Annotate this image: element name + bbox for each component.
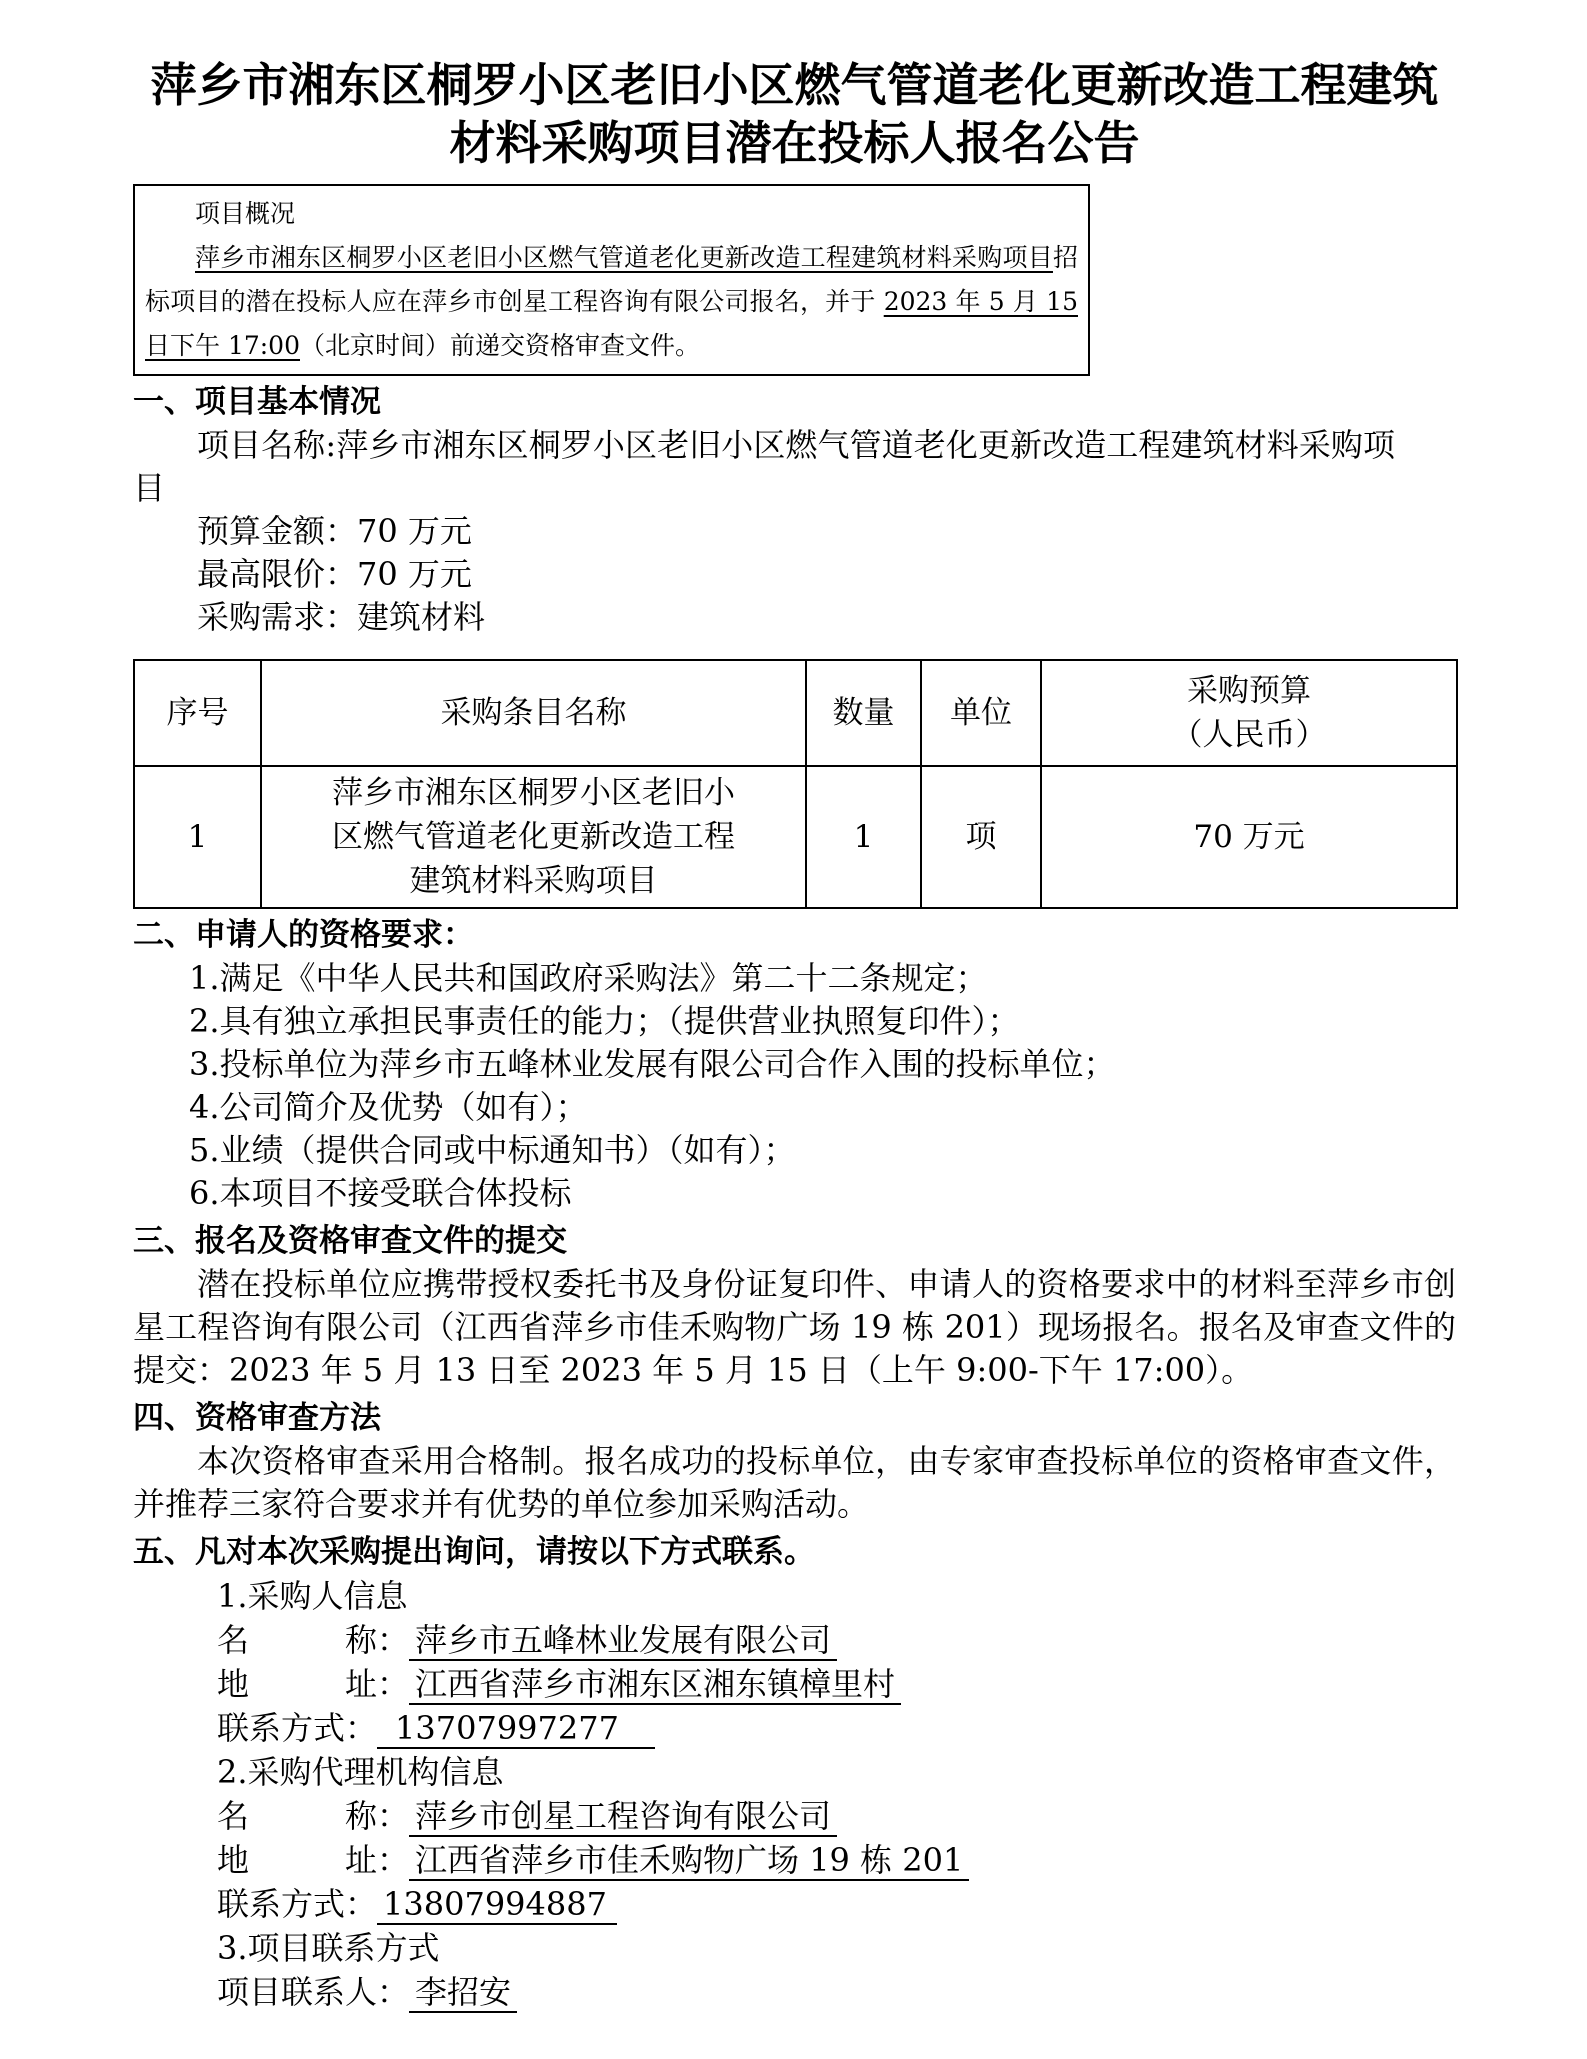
section-3-heading: 三、报名及资格审查文件的提交 xyxy=(133,1219,1456,1263)
purchaser-phone-value: 13707997277 xyxy=(377,1709,655,1749)
field-label: 地 址： xyxy=(217,1841,409,1879)
unit-cell: 项 xyxy=(921,766,1041,908)
demand-line: 采购需求：建筑材料 xyxy=(133,596,1456,639)
section-3-body: 潜在投标单位应携带授权委托书及身份证复印件、申请人的资格要求中的材料至萍乡市创星… xyxy=(133,1263,1456,1392)
project-contact-person-value: 李招安 xyxy=(409,1973,517,2013)
agency-address-row: 地 址：江西省萍乡市佳禾购物广场 19 栋 201 xyxy=(133,1838,1456,1882)
field-label: 联系方式： xyxy=(217,1885,377,1923)
qualification-item: 5.业绩（提供合同或中标通知书）（如有）； xyxy=(133,1129,1456,1172)
qualification-item: 6.本项目不接受联合体投标 xyxy=(133,1172,1456,1215)
text-segment: 萍乡市湘东区桐罗小区老旧小区燃气管道老化更新改造工程建筑材料采购项目 xyxy=(195,243,1053,272)
col-header-quantity: 数量 xyxy=(806,660,921,766)
purchaser-name-value: 萍乡市五峰林业发展有限公司 xyxy=(409,1621,837,1661)
agency-phone-value: 13807994887 xyxy=(377,1885,617,1925)
agency-name-value: 萍乡市创星工程咨询有限公司 xyxy=(409,1797,837,1837)
qualification-item: 3.投标单位为萍乡市五峰林业发展有限公司合作入围的投标单位； xyxy=(133,1043,1456,1086)
project-contact-title: 3.项目联系方式 xyxy=(133,1926,1456,1970)
project-name-line: 项目名称:萍乡市湘东区桐罗小区老旧小区燃气管道老化更新改造工程建筑材料采购项目 xyxy=(133,424,1395,510)
qualification-item: 1.满足《中华人民共和国政府采购法》第二十二条规定； xyxy=(133,957,1456,1000)
field-label: 名 称： xyxy=(217,1797,409,1835)
section-2-heading: 二、申请人的资格要求： xyxy=(133,913,1456,957)
table-header-row: 序号 采购条目名称 数量 单位 采购预算 （人民币） xyxy=(134,660,1457,766)
col-header-budget: 采购预算 （人民币） xyxy=(1041,660,1457,766)
budget-line: 预算金额：70 万元 xyxy=(133,510,1456,553)
overview-label: 项目概况 xyxy=(145,192,1078,236)
item-name-cell: 萍乡市湘东区桐罗小区老旧小区燃气管道老化更新改造工程建筑材料采购项目 xyxy=(261,766,806,908)
table-row: 1 萍乡市湘东区桐罗小区老旧小区燃气管道老化更新改造工程建筑材料采购项目 1 项… xyxy=(134,766,1457,908)
purchaser-info-title: 1.采购人信息 xyxy=(133,1574,1456,1618)
seq-cell: 1 xyxy=(134,766,261,908)
purchaser-name-row: 名 称：萍乡市五峰林业发展有限公司 xyxy=(133,1618,1456,1662)
qualification-item: 2.具有独立承担民事责任的能力；（提供营业执照复印件）； xyxy=(133,1000,1456,1043)
price-cap-line: 最高限价：70 万元 xyxy=(133,553,1456,596)
purchaser-address-row: 地 址：江西省萍乡市湘东区湘东镇樟里村 xyxy=(133,1662,1456,1706)
field-label: 地 址： xyxy=(217,1665,409,1703)
agency-name-row: 名 称：萍乡市创星工程咨询有限公司 xyxy=(133,1794,1456,1838)
field-label: 项目联系人： xyxy=(217,1973,409,2011)
overview-paragraph: 萍乡市湘东区桐罗小区老旧小区燃气管道老化更新改造工程建筑材料采购项目招标项目的潜… xyxy=(145,236,1078,368)
procurement-table: 序号 采购条目名称 数量 单位 采购预算 （人民币） 1 萍乡市湘东区桐罗小区老… xyxy=(133,659,1458,909)
quantity-cell: 1 xyxy=(806,766,921,908)
col-header-item-name: 采购条目名称 xyxy=(261,660,806,766)
purchaser-address-value: 江西省萍乡市湘东区湘东镇樟里村 xyxy=(409,1665,901,1705)
section-5-heading: 五、凡对本次采购提出询问，请按以下方式联系。 xyxy=(133,1530,1456,1574)
field-label: 名 称： xyxy=(217,1621,409,1659)
agency-contact-row: 联系方式：13807994887 xyxy=(133,1882,1456,1926)
col-header-unit: 单位 xyxy=(921,660,1041,766)
budget-cell: 70 万元 xyxy=(1041,766,1457,908)
purchaser-contact-row: 联系方式：13707997277 xyxy=(133,1706,1456,1750)
qualification-item: 4.公司简介及优势（如有）； xyxy=(133,1086,1456,1129)
project-contact-person-row: 项目联系人：李招安 xyxy=(133,1970,1456,2014)
agency-address-value: 江西省萍乡市佳禾购物广场 19 栋 201 xyxy=(409,1841,969,1881)
section-1-heading: 一、项目基本情况 xyxy=(133,380,1456,424)
announcement-page: 萍乡市湘东区桐罗小区老旧小区燃气管道老化更新改造工程建筑材料采购项目潜在投标人报… xyxy=(0,0,1587,2014)
col-header-seq: 序号 xyxy=(134,660,261,766)
section-4-heading: 四、资格审查方法 xyxy=(133,1396,1456,1440)
page-title: 萍乡市湘东区桐罗小区老旧小区燃气管道老化更新改造工程建筑材料采购项目潜在投标人报… xyxy=(133,56,1456,172)
agency-info-title: 2.采购代理机构信息 xyxy=(133,1750,1456,1794)
field-label: 联系方式： xyxy=(217,1709,377,1747)
section-4-body: 本次资格审查采用合格制。报名成功的投标单位，由专家审查投标单位的资格审查文件，并… xyxy=(133,1440,1456,1526)
overview-box: 项目概况 萍乡市湘东区桐罗小区老旧小区燃气管道老化更新改造工程建筑材料采购项目招… xyxy=(133,184,1090,376)
text-segment: （北京时间）前递交资格审查文件。 xyxy=(300,331,700,360)
